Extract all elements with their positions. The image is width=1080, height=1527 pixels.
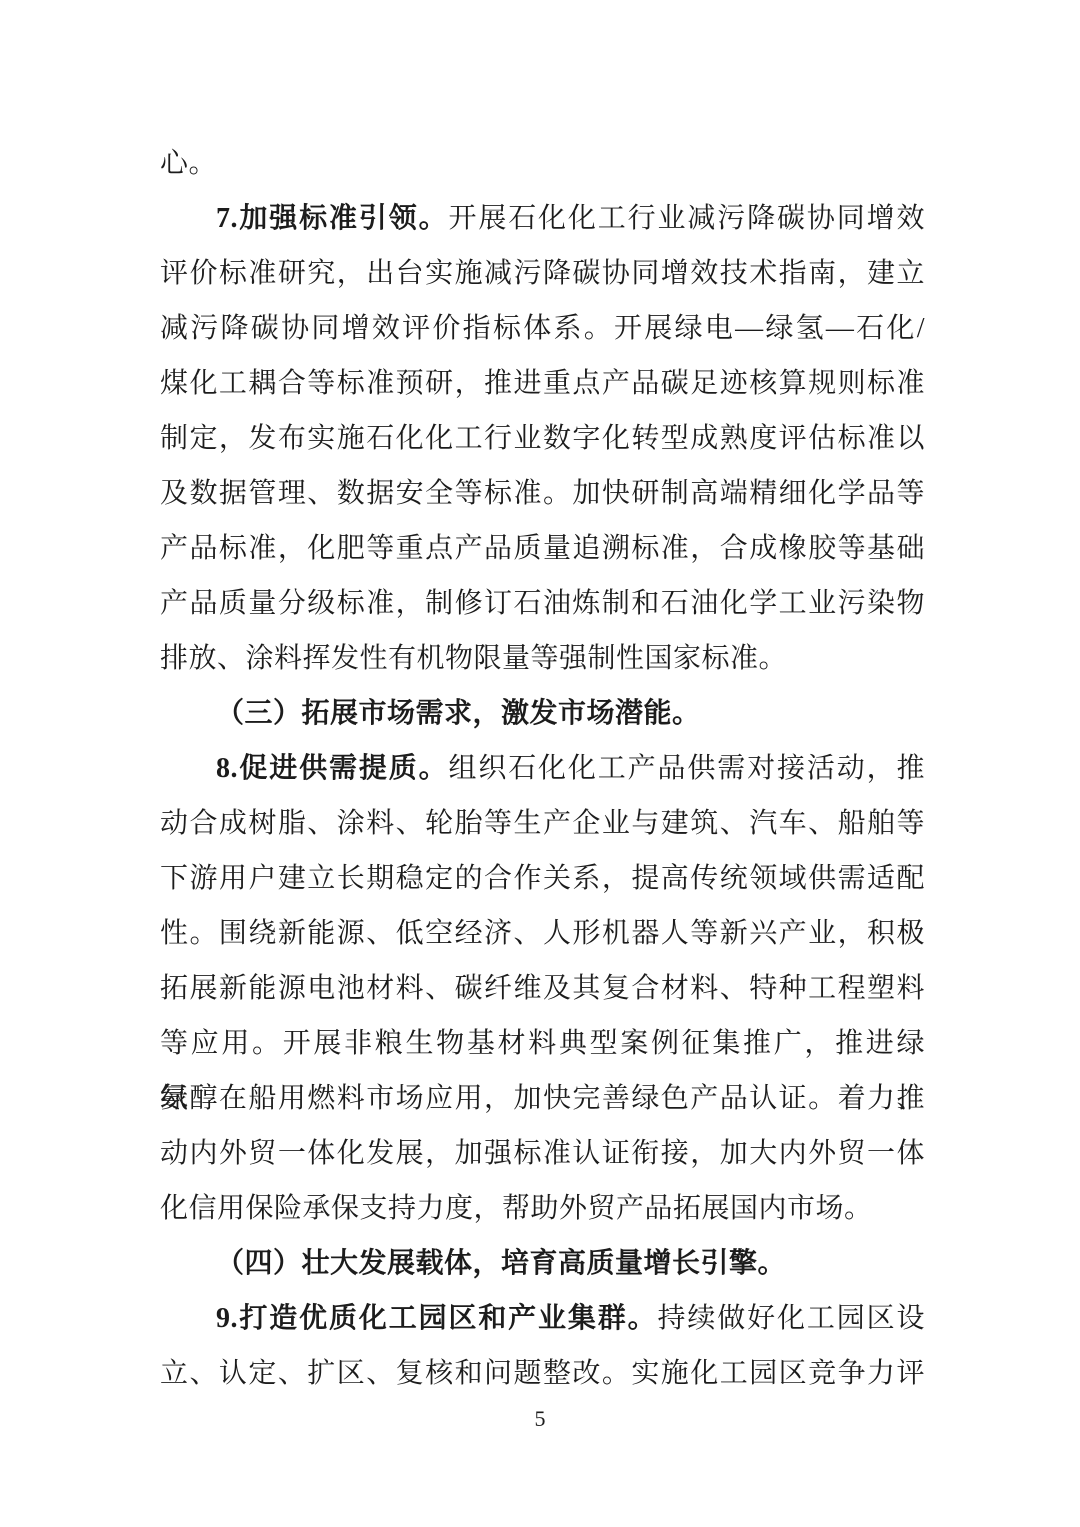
body-text-line: 等应用。开展非粮生物基材料典型案例征集推广，推进绿氨、: [160, 1016, 925, 1071]
paragraph-lead: 9.打造优质化工园区和产业集群。: [216, 1303, 658, 1334]
line-text: 持续做好化工园区设: [658, 1303, 925, 1334]
line-text: 排放、涂料挥发性有机物限量等强制性国家标准。: [160, 643, 787, 674]
body-text-line: 及数据管理、数据安全等标准。加快研制高端精细化学品等: [160, 466, 925, 521]
paragraph-lead: 8.促进供需提质。: [216, 753, 448, 784]
line-text: 减污降碳协同增效评价指标体系。开展绿电—绿氢—石化/: [160, 313, 925, 344]
line-text: 立、认定、扩区、复核和问题整改。实施化工园区竞争力评: [160, 1358, 925, 1389]
line-text: 评价标准研究，出台实施减污降碳协同增效技术指南，建立: [160, 258, 925, 289]
line-text: （四）壮大发展载体，培育高质量增长引擎。: [216, 1248, 786, 1279]
line-text: 及数据管理、数据安全等标准。加快研制高端精细化学品等: [160, 478, 925, 509]
line-text: 动内外贸一体化发展，加强标准认证衔接，加大内外贸一体: [160, 1138, 925, 1169]
body-text-line: 煤化工耦合等标准预研，推进重点产品碳足迹核算规则标准: [160, 356, 925, 411]
body-text-line: 立、认定、扩区、复核和问题整改。实施化工园区竞争力评: [160, 1346, 925, 1401]
line-text: 绿醇在船用燃料市场应用，加快完善绿色产品认证。着力推: [160, 1083, 925, 1114]
body-text-line: 制定，发布实施石化化工行业数字化转型成熟度评估标准以: [160, 411, 925, 466]
body-text-line: 排放、涂料挥发性有机物限量等强制性国家标准。: [160, 631, 925, 686]
line-text: 产品标准，化肥等重点产品质量追溯标准，合成橡胶等基础: [160, 533, 925, 564]
body-text-line: 减污降碳协同增效评价指标体系。开展绿电—绿氢—石化/: [160, 301, 925, 356]
section-heading-line: （四）壮大发展载体，培育高质量增长引擎。: [160, 1236, 925, 1291]
body-text-line: 化信用保险承保支持力度，帮助外贸产品拓展国内市场。: [160, 1181, 925, 1236]
body-text-line: 8.促进供需提质。组织石化化工产品供需对接活动，推: [160, 741, 925, 796]
body-text-line: 性。围绕新能源、低空经济、人形机器人等新兴产业，积极: [160, 906, 925, 961]
body-text-line: 7.加强标准引领。开展石化化工行业减污降碳协同增效: [160, 191, 925, 246]
line-text: 制定，发布实施石化化工行业数字化转型成熟度评估标准以: [160, 423, 925, 454]
line-text: 煤化工耦合等标准预研，推进重点产品碳足迹核算规则标准: [160, 368, 925, 399]
page-footer: 5: [0, 1406, 1080, 1432]
body-text-line: 下游用户建立长期稳定的合作关系，提高传统领域供需适配: [160, 851, 925, 906]
line-text: 组织石化化工产品供需对接活动，推: [448, 753, 925, 784]
line-text: 下游用户建立长期稳定的合作关系，提高传统领域供需适配: [160, 863, 925, 894]
line-text: 性。围绕新能源、低空经济、人形机器人等新兴产业，积极: [160, 918, 925, 949]
line-text: 化信用保险承保支持力度，帮助外贸产品拓展国内市场。: [160, 1193, 873, 1224]
body-text-line: 动内外贸一体化发展，加强标准认证衔接，加大内外贸一体: [160, 1126, 925, 1181]
section-heading-line: （三）拓展市场需求，激发市场潜能。: [160, 686, 925, 741]
document-text-block: 心。7.加强标准引领。开展石化化工行业减污降碳协同增效评价标准研究，出台实施减污…: [160, 136, 925, 1401]
body-text-line: 动合成树脂、涂料、轮胎等生产企业与建筑、汽车、船舶等: [160, 796, 925, 851]
body-text-line: 产品质量分级标准，制修订石油炼制和石油化学工业污染物: [160, 576, 925, 631]
body-text-line: 心。: [160, 136, 925, 191]
body-text-line: 绿醇在船用燃料市场应用，加快完善绿色产品认证。着力推: [160, 1071, 925, 1126]
line-text: 开展石化化工行业减污降碳协同增效: [448, 203, 925, 234]
line-text: 动合成树脂、涂料、轮胎等生产企业与建筑、汽车、船舶等: [160, 808, 925, 839]
body-text-line: 评价标准研究，出台实施减污降碳协同增效技术指南，建立: [160, 246, 925, 301]
body-text-line: 产品标准，化肥等重点产品质量追溯标准，合成橡胶等基础: [160, 521, 925, 576]
line-text: 产品质量分级标准，制修订石油炼制和石油化学工业污染物: [160, 588, 925, 619]
line-text: （三）拓展市场需求，激发市场潜能。: [216, 698, 701, 729]
body-text-line: 9.打造优质化工园区和产业集群。持续做好化工园区设: [160, 1291, 925, 1346]
page-number: 5: [535, 1406, 546, 1431]
document-page: 心。7.加强标准引领。开展石化化工行业减污降碳协同增效评价标准研究，出台实施减污…: [0, 0, 1080, 1527]
paragraph-lead: 7.加强标准引领。: [216, 203, 448, 234]
line-text: 拓展新能源电池材料、碳纤维及其复合材料、特种工程塑料: [160, 973, 925, 1004]
body-text-line: 拓展新能源电池材料、碳纤维及其复合材料、特种工程塑料: [160, 961, 925, 1016]
line-text: 心。: [160, 148, 217, 179]
